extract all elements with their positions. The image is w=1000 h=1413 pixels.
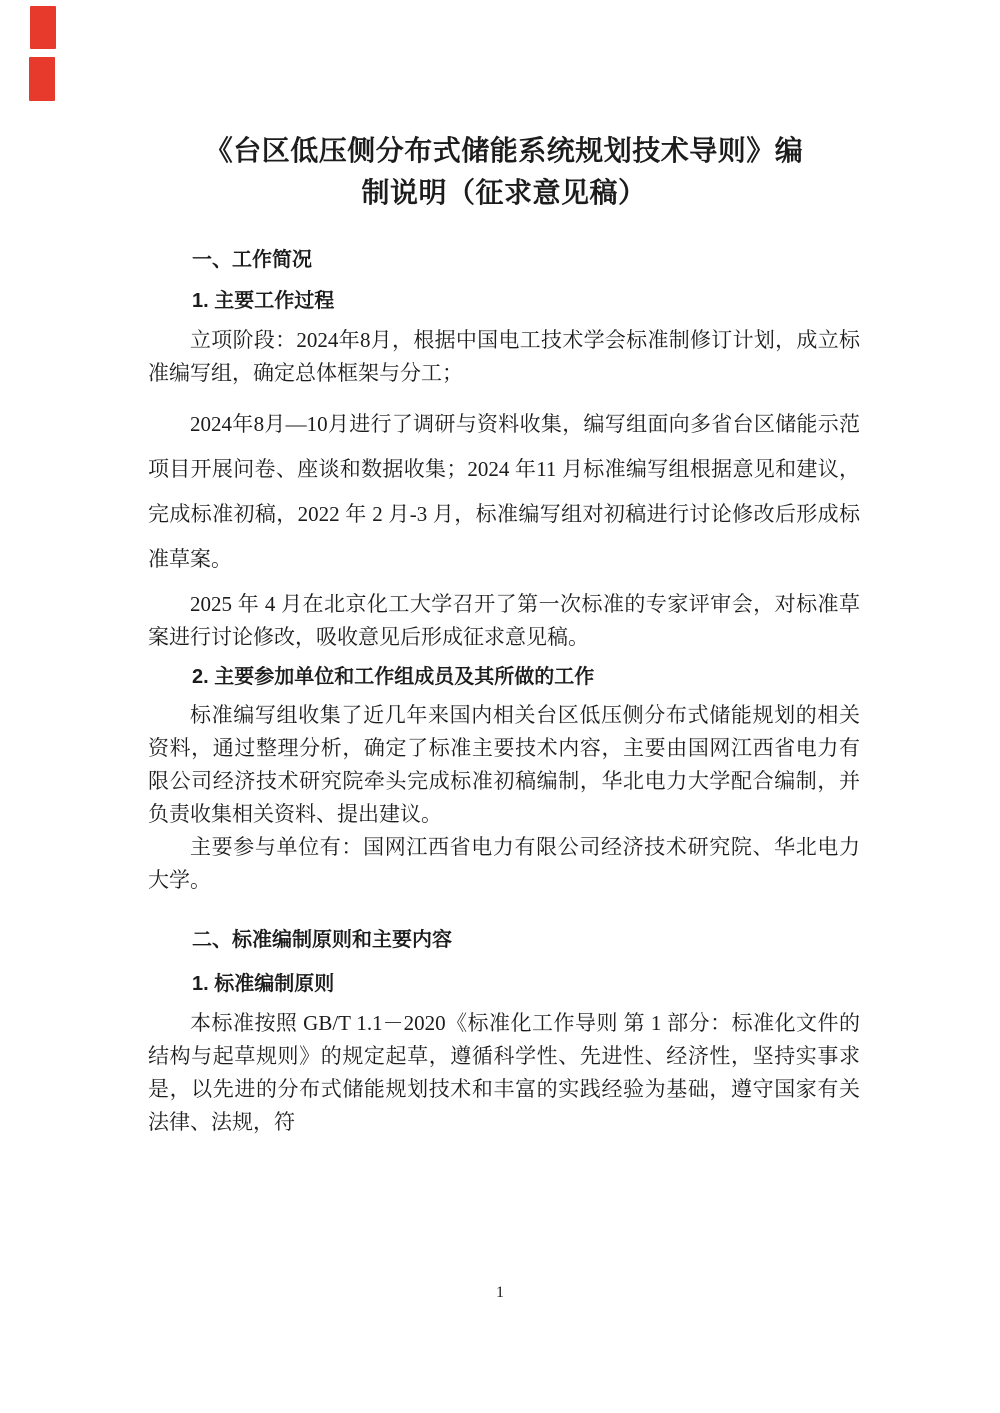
sub-heading-standard-principles: 1. 标准编制原则 — [148, 971, 860, 997]
paragraph-expert-review: 2025 年 4 月在北京化工大学召开了第一次标准的专家评审会，对标准草案进行讨… — [148, 588, 860, 654]
page-number: 1 — [0, 1284, 1000, 1302]
paragraph-gbt-basis: 本标准按照 GB/T 1.1－2020《标准化工作导则 第 1 部分：标准化文件… — [148, 1007, 860, 1139]
red-stamp-mark-bottom — [29, 57, 55, 101]
section-heading-work-overview: 一、工作简况 — [148, 247, 860, 273]
document-title: 《台区低压侧分布式储能系统规划技术导则》编 制说明（征求意见稿） — [148, 130, 860, 214]
document-title-line-2: 制说明（征求意见稿） — [148, 172, 860, 214]
paragraph-participating-units-list: 主要参与单位有：国网江西省电力有限公司经济技术研究院、华北电力大学。 — [148, 831, 860, 897]
red-stamp-mark-top — [30, 6, 56, 49]
paragraph-drafting-group-work: 标准编写组收集了近几年来国内相关台区低压侧分布式储能规划的相关资料，通过整理分析… — [148, 699, 860, 831]
document-page: 《台区低压侧分布式储能系统规划技术导则》编 制说明（征求意见稿） 一、工作简况 … — [0, 0, 1000, 1413]
document-title-line-1: 《台区低压侧分布式储能系统规划技术导则》编 — [148, 130, 860, 172]
paragraph-project-initiation: 立项阶段：2024年8月，根据中国电工技术学会标准制修订计划，成立标准编写组，确… — [148, 324, 860, 390]
sub-heading-participating-units: 2. 主要参加单位和工作组成员及其所做的工作 — [148, 664, 860, 690]
section-heading-compilation-principles: 二、标准编制原则和主要内容 — [148, 927, 860, 953]
paragraph-research-collection: 2024年8月—10月进行了调研与资料收集，编写组面向多省台区储能示范项目开展问… — [148, 402, 860, 582]
sub-heading-main-work-process: 1. 主要工作过程 — [148, 288, 860, 314]
